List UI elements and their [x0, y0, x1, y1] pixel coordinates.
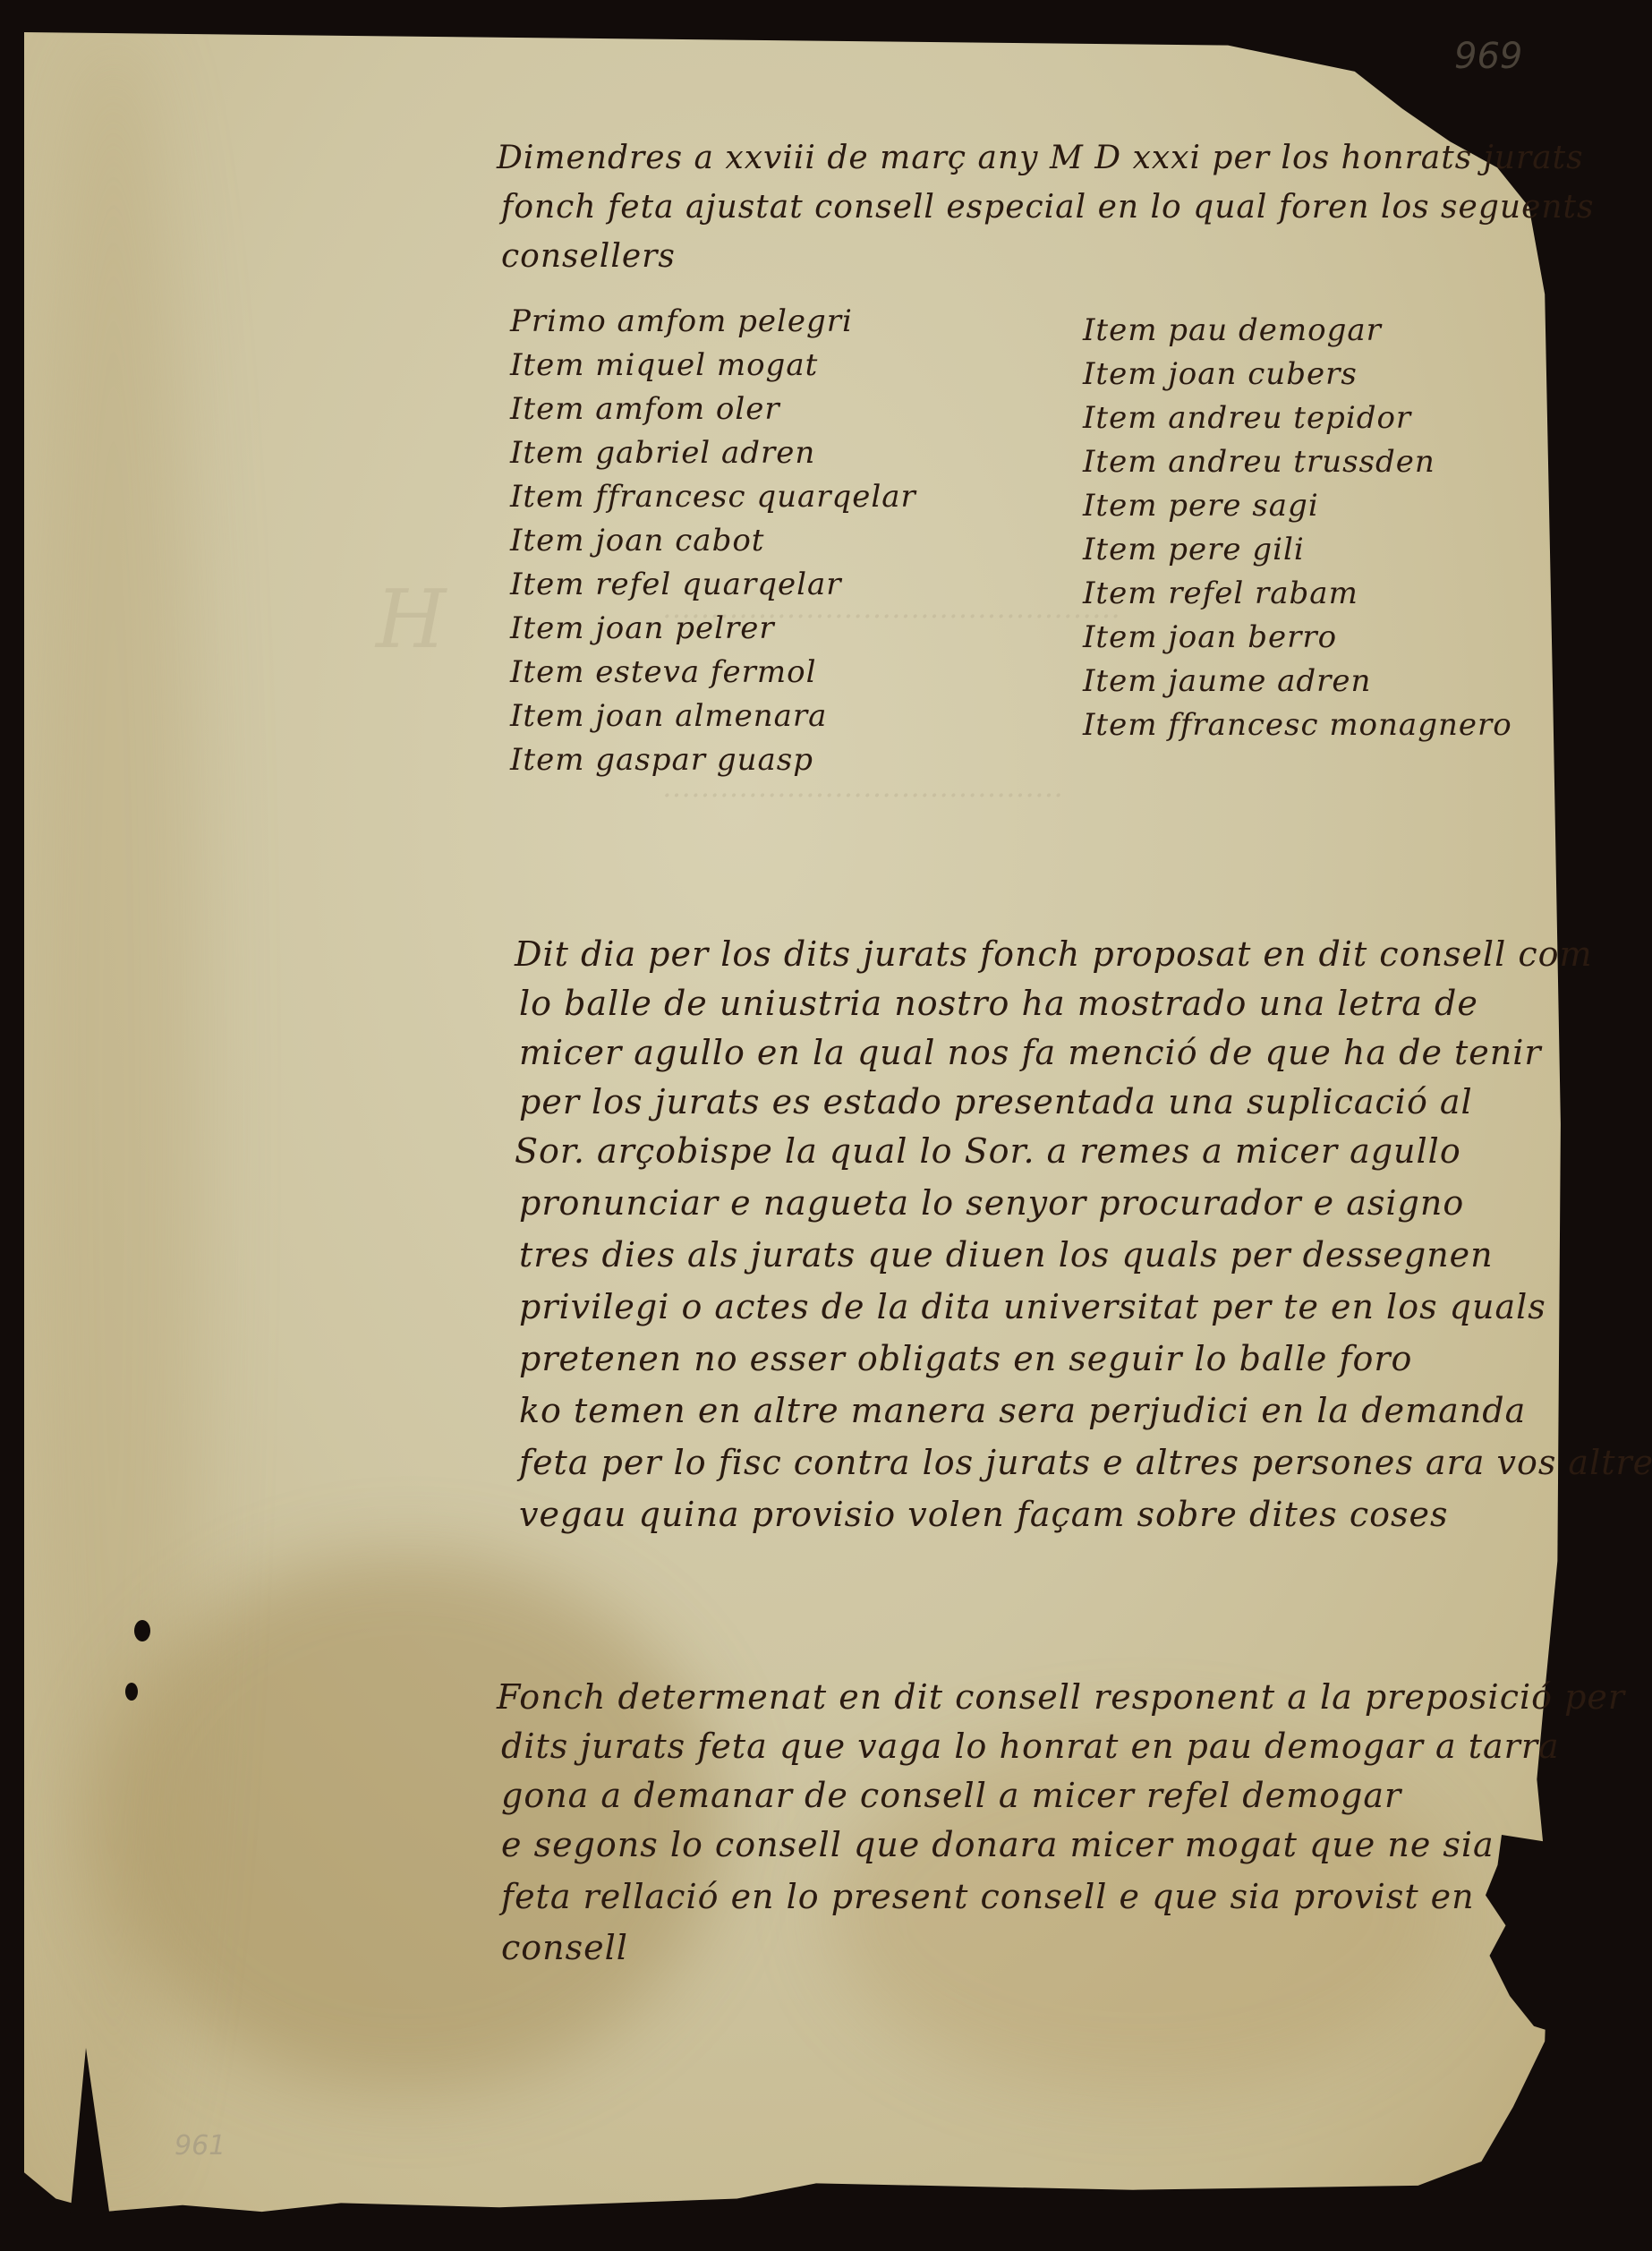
paragraph-line: privilegi o actes de la dita universitat… — [519, 1283, 1546, 1330]
heading-line: fonch feta ajustat consell especial en l… — [501, 183, 1595, 232]
attendee-item: Item jaume adren — [1083, 660, 1512, 703]
folio-number: 969 — [1454, 36, 1522, 77]
attendee-item: Item ffrancesc monagnero — [1083, 703, 1512, 747]
attendee-item: Item amfom oler — [510, 388, 916, 431]
attendee-item: Item refel rabam — [1083, 572, 1512, 616]
attendee-item: Item esteva fermol — [510, 651, 916, 695]
attendee-item: Primo amfom pelegri — [510, 300, 916, 344]
ink-blot — [125, 1683, 138, 1701]
attendee-item: Item joan cabot — [510, 519, 916, 563]
attendee-item: Item ffrancesc quarqelar — [510, 475, 916, 519]
attendee-item: Item pere sagi — [1083, 484, 1512, 528]
attendee-item: Item andreu tepidor — [1083, 396, 1512, 440]
edge-discoloration — [24, 32, 203, 2180]
attendee-item: Item joan berro — [1083, 616, 1512, 660]
attendee-item: Item pere gili — [1083, 528, 1512, 572]
attendee-item: Item andreu trussden — [1083, 440, 1512, 484]
bleed-through-mark: H — [376, 573, 447, 667]
paragraph-line: pronunciar e nagueta lo senyor procurado… — [519, 1180, 1464, 1226]
ink-blot — [134, 1620, 150, 1641]
attendee-item: Item joan almenara — [510, 695, 916, 738]
attendee-item: Item joan pelrer — [510, 607, 916, 651]
paragraph-line: feta per lo fisc contra los jurats e alt… — [519, 1439, 1652, 1486]
paragraph-line: lo balle de uniustria nostro ha mostrado… — [519, 980, 1478, 1027]
paragraph-line: Sor. arçobispe la qual lo Sor. a remes a… — [515, 1128, 1461, 1174]
attendee-item: Item joan cubers — [1083, 353, 1512, 396]
paragraph-line: vegau quina provisio volen façam sobre d… — [519, 1491, 1448, 1538]
heading-line: Dimendres a xxviii de març any M D xxxi … — [497, 134, 1584, 183]
attendee-item: Item gaspar guasp — [510, 738, 916, 782]
paragraph-line: feta rellació en lo present consell e qu… — [501, 1873, 1475, 1920]
paragraph-line: e segons lo consell que donara micer mog… — [501, 1821, 1494, 1868]
paragraph-line: Fonch determenat en dit consell responen… — [497, 1674, 1625, 1720]
attendee-list-right: Item pau demogar Item joan cubers Item a… — [1083, 309, 1512, 747]
paragraph-line: dits jurats feta que vaga lo honrat en p… — [501, 1723, 1560, 1769]
paragraph-line: per los jurats es estado presentada una … — [519, 1079, 1473, 1125]
attendee-list-left: Primo amfom pelegri Item miquel mogat It… — [510, 300, 916, 782]
paragraph-line: tres dies als jurats que diuen los quals… — [519, 1232, 1494, 1278]
attendee-item: Item miquel mogat — [510, 344, 916, 388]
paragraph-line: Dit dia per los dits jurats fonch propos… — [515, 931, 1593, 977]
attendee-item: Item refel quarqelar — [510, 563, 916, 607]
paragraph-line: micer agullo en la qual nos fa menció de… — [519, 1029, 1542, 1076]
paragraph-line: ko temen en altre manera sera perjudici … — [519, 1387, 1526, 1434]
pencil-mark: 961 — [175, 2130, 226, 2161]
attendee-item: Item gabriel adren — [510, 431, 916, 475]
paragraph-line: consell — [501, 1924, 628, 1971]
paragraph-line: pretenen no esser obligats en seguir lo … — [519, 1335, 1412, 1382]
heading-line: consellers — [501, 233, 676, 281]
paragraph-line: gona a demanar de consell a micer refel … — [501, 1772, 1401, 1819]
attendee-item: Item pau demogar — [1083, 309, 1512, 353]
